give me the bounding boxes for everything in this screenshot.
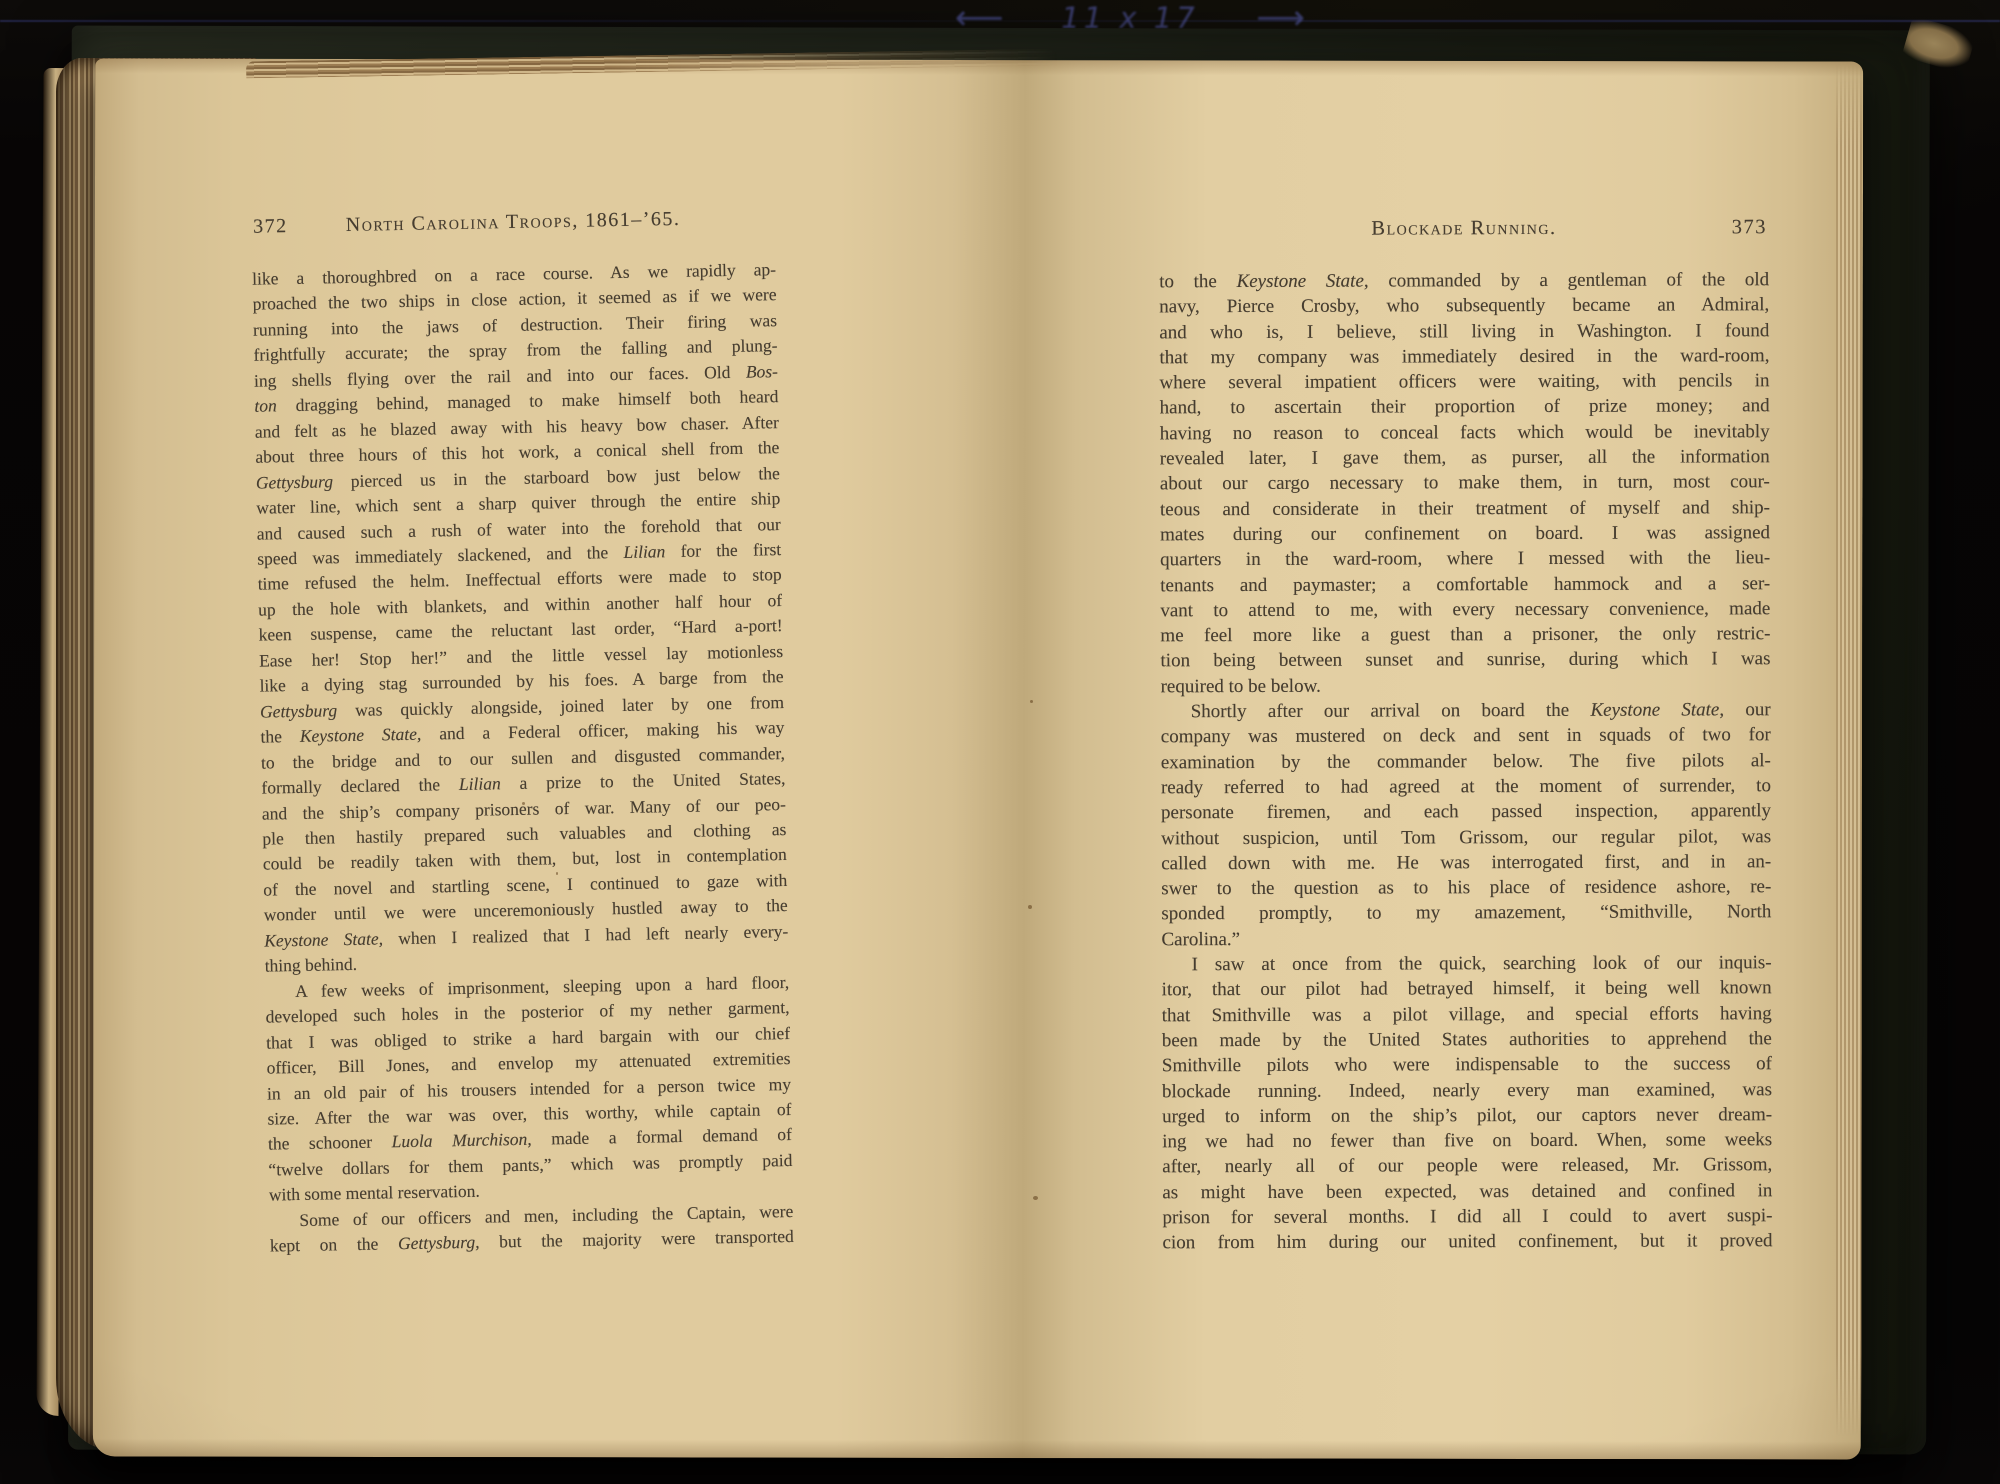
- paragraph: Shortly after our arrival on board the K…: [1161, 697, 1772, 952]
- text-line: sponded promptly, to my amazement, “Smit…: [1161, 900, 1771, 927]
- text-line: revealed later, I gave them, as purser, …: [1160, 444, 1770, 471]
- page-number-left: 372: [253, 214, 288, 240]
- paragraph: A few weeks of imprisonment, sleeping up…: [265, 970, 793, 1209]
- text-line: about our cargo necessary to make them, …: [1160, 470, 1770, 497]
- paragraph: to the Keystone State, commanded by a ge…: [1159, 267, 1770, 699]
- text-line: urged to inform on the ship’s pilot, our…: [1162, 1102, 1772, 1129]
- text-line: tenants and paymaster; a comfortable ham…: [1160, 571, 1770, 598]
- text-line: hand, to ascertain their proportion of p…: [1160, 394, 1770, 421]
- gutter-speck: [1033, 1196, 1038, 1200]
- text-line: mates during our confinement on board. I…: [1160, 520, 1770, 547]
- text-line: examination by the commander below. The …: [1161, 748, 1771, 775]
- page-373: Blockade Running. 373 to the Keystone St…: [1159, 215, 1773, 1256]
- text-line: that Smithville was a pilot village, and…: [1162, 1001, 1772, 1028]
- page-372: 372 North Carolina Troops, 1861–’65. lik…: [251, 205, 794, 1259]
- text-line: vant to attend to me, with every necessa…: [1160, 596, 1770, 623]
- open-book-spread: 372 North Carolina Troops, 1861–’65. lik…: [93, 58, 1863, 1459]
- running-title-right: Blockade Running.: [1159, 215, 1769, 242]
- text-line: I saw at once from the quick, searching …: [1162, 950, 1772, 977]
- text-line: ing we had no fewer than five on board. …: [1162, 1127, 1772, 1154]
- text-line: called down with me. He was interrogated…: [1161, 849, 1771, 876]
- text-line: company was mustered on deck and sent in…: [1161, 723, 1771, 750]
- running-header-left: 372 North Carolina Troops, 1861–’65.: [251, 205, 775, 241]
- page-speck: [522, 802, 525, 805]
- text-line: without suspicion, until Tom Grissom, ou…: [1161, 824, 1771, 851]
- text-line: and who is, I believe, still living in W…: [1159, 318, 1769, 345]
- text-line: that my company was immediately desired …: [1159, 343, 1769, 370]
- text-line: tion being between sunset and sunrise, d…: [1160, 647, 1770, 674]
- text-line: prison for several months. I did all I c…: [1162, 1203, 1772, 1230]
- running-header-right: Blockade Running. 373: [1159, 215, 1769, 243]
- text-line: as might have been expected, was detaine…: [1162, 1178, 1772, 1205]
- text-line: required to be below.: [1161, 672, 1771, 699]
- text-line: teous and considerate in their treatment…: [1160, 495, 1770, 522]
- text-line: where several impatient officers were wa…: [1159, 368, 1769, 395]
- paragraph: like a thoroughbred on a race course. As…: [252, 257, 789, 979]
- page-speck: [556, 872, 558, 875]
- text-line: personate firemen, and each passed inspe…: [1161, 798, 1771, 825]
- text-line: been made by the United States authoriti…: [1162, 1026, 1772, 1053]
- gutter-speck: [1028, 905, 1032, 909]
- text-line: ready referred to had agreed at the mome…: [1161, 773, 1771, 800]
- text-line: Smithville pilots who were indispensable…: [1162, 1051, 1772, 1078]
- text-line: quarters in the ward-room, where I messe…: [1160, 545, 1770, 572]
- text-line: blockade running. Indeed, nearly every m…: [1162, 1077, 1772, 1104]
- text-line: navy, Pierce Crosby, who subsequently be…: [1159, 292, 1769, 319]
- book-photo: ⟵ 11 x 17 ⟶ 372 North Carolina Troops, 1…: [0, 0, 2000, 1484]
- page-body-left: like a thoroughbred on a race course. As…: [252, 257, 794, 1259]
- text-line: after, nearly all of our people were rel…: [1162, 1153, 1772, 1180]
- text-line: itor, that our pilot had betrayed himsel…: [1162, 975, 1772, 1002]
- paragraph: Some of our officers and men, including …: [269, 1199, 794, 1260]
- text-line: swer to the question as to his place of …: [1161, 874, 1771, 901]
- text-line: to the Keystone State, commanded by a ge…: [1159, 267, 1769, 294]
- page-body-right: to the Keystone State, commanded by a ge…: [1159, 267, 1772, 1256]
- text-line: Shortly after our arrival on board the K…: [1161, 697, 1771, 724]
- gutter-speck: [1030, 700, 1033, 703]
- right-page-edges: [1836, 64, 1862, 1436]
- page-number-right: 373: [1732, 215, 1767, 240]
- text-line: Carolina.”: [1161, 925, 1771, 952]
- text-line: cion from him during our united confinem…: [1162, 1228, 1772, 1255]
- paragraph: I saw at once from the quick, searching …: [1162, 950, 1773, 1256]
- running-title-left: North Carolina Troops, 1861–’65.: [251, 205, 775, 240]
- text-line: me feel more like a guest than a prisone…: [1160, 621, 1770, 648]
- text-line: having no reason to conceal facts which …: [1160, 419, 1770, 446]
